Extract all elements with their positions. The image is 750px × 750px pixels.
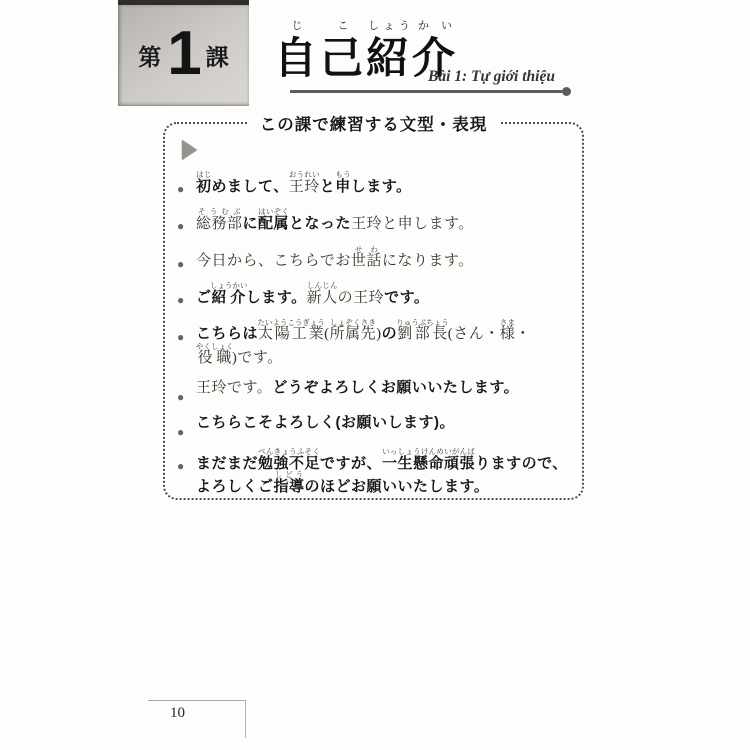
lesson-suffix: 課 (206, 39, 229, 72)
rule-end-dot-icon (562, 87, 571, 96)
sentence-text: こちらは太陽工業たいようこうぎょう(所属先しょぞくさき)の劉部長りゅうぶちょう(… (196, 318, 568, 369)
lesson-number: 1 (167, 23, 199, 85)
pattern-sentence: ●初はじめまして、王玲おうれいと申もうします。 (177, 170, 568, 198)
header-rule-line (290, 90, 562, 93)
sentence-list: ●初はじめまして、王玲おうれいと申もうします。●総務部そうむぶに配属はいぞくとな… (177, 170, 568, 497)
play-triangle-icon (182, 140, 197, 160)
pattern-sentence: ●こちらこそよろしく(お願いします)。 (177, 413, 568, 438)
bullet-icon: ● (177, 318, 196, 343)
pattern-sentence: ●こちらは太陽工業たいようこうぎょう(所属先しょぞくさき)の劉部長りゅうぶちょう… (177, 318, 568, 369)
sentence-text: 王玲です。どうぞよろしくお願いいたします。 (196, 378, 568, 399)
sentence-text: 総務部そうむぶに配属はいぞくとなった王玲と申します。 (196, 207, 568, 235)
sentence-patterns-box: この課で練習する文型・表現 ●初はじめまして、王玲おうれいと申もうします。●総務… (163, 122, 584, 500)
bullet-icon: ● (177, 378, 196, 403)
lesson-subtitle-vietnamese: Bài 1: Tự giới thiệu (428, 68, 555, 86)
sentence-text: 今日から、こちらでお世話せわになります。 (196, 245, 568, 272)
bullet-icon: ● (177, 281, 196, 306)
bullet-icon: ● (177, 245, 196, 270)
textbook-page: 第 1 課 自じ己こ紹しょう介かい Bài 1: Tự giới thiệu こ… (0, 0, 750, 750)
bullet-icon: ● (177, 413, 196, 438)
sentence-text: こちらこそよろしく(お願いします)。 (196, 413, 568, 433)
pattern-sentence: ●まだまだ勉強不足べんきょうふそくですが、一生懸命頑張いっしょうけんめいがんばり… (177, 447, 568, 497)
footer-rule-horizontal (148, 700, 245, 701)
page-number: 10 (170, 705, 185, 722)
pattern-sentence: ●王玲です。どうぞよろしくお願いいたします。 (177, 378, 568, 403)
bullet-icon: ● (177, 207, 196, 232)
sentence-text: ご紹介しょうかいします。新人しんじんの王玲です。 (196, 281, 568, 309)
patterns-box-heading: この課で練習する文型・表現 (248, 111, 500, 135)
lesson-prefix: 第 (138, 39, 161, 72)
sentence-text: まだまだ勉強不足べんきょうふそくですが、一生懸命頑張いっしょうけんめいがんばりま… (196, 447, 568, 497)
bullet-icon: ● (177, 447, 196, 472)
sentence-text: 初はじめまして、王玲おうれいと申もうします。 (196, 170, 568, 198)
bullet-icon: ● (177, 170, 196, 195)
pattern-sentence: ●ご紹介しょうかいします。新人しんじんの王玲です。 (177, 281, 568, 309)
pattern-sentence: ●総務部そうむぶに配属はいぞくとなった王玲と申します。 (177, 207, 568, 235)
footer-rule-vertical (245, 700, 246, 738)
pattern-sentence: ●今日から、こちらでお世話せわになります。 (177, 245, 568, 272)
lesson-number-box: 第 1 課 (118, 0, 249, 106)
